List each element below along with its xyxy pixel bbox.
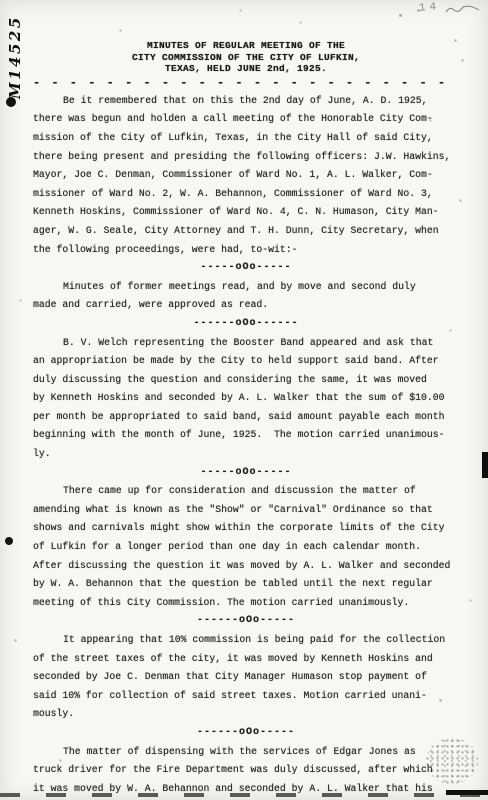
ink-smudge	[426, 738, 478, 784]
paragraph: Be it remembered that on this the 2nd da…	[33, 92, 459, 259]
scan-bottom-edge-marks	[0, 793, 488, 797]
section-separator: -----oOo-----	[33, 259, 459, 278]
paragraph: It appearing that 10% commission is bein…	[33, 631, 459, 724]
hole-punch-dot	[6, 97, 16, 107]
paper-speckles	[0, 0, 1, 1]
title-line-2: CITY COMMISSION OF THE CITY OF LUFKIN,	[33, 52, 459, 64]
paragraph: B. V. Welch representing the Booster Ban…	[33, 334, 459, 464]
margin-archive-code: M14525	[6, 15, 24, 99]
section-separator: -----oOo-----	[33, 464, 459, 483]
title-line-1: MINUTES OF REGULAR MEETING OF THE	[33, 40, 459, 52]
title-line-3: TEXAS, HELD JUNE 2nd, 1925.	[33, 63, 459, 75]
document-body: Be it remembered that on this the 2nd da…	[33, 92, 459, 799]
paragraph: Minutes of former meetings read, and by …	[33, 278, 459, 315]
document-title: MINUTES OF REGULAR MEETING OF THE CITY C…	[33, 40, 459, 75]
hole-punch-dot	[5, 537, 13, 545]
pencil-scribble-icon	[444, 2, 480, 23]
section-separator: ------oOo------	[33, 315, 459, 334]
dashed-rule: - - - - - - - - - - - - - - - - - - - - …	[33, 78, 459, 88]
scan-edge-mark	[482, 452, 488, 478]
paragraph: There came up for consideration and disc…	[33, 482, 459, 612]
scan-bottom-edge-bar	[446, 790, 488, 795]
document-content: MINUTES OF REGULAR MEETING OF THE CITY C…	[33, 40, 459, 798]
section-separator: ------oOo-----	[33, 612, 459, 631]
section-separator: ------oOo-----	[33, 724, 459, 743]
pencil-note: 14	[418, 1, 440, 14]
scanned-minutes-page: M14525 14 MINUTES OF REGULAR MEETING OF …	[0, 0, 488, 800]
paragraph: The matter of dispensing with the servic…	[33, 743, 459, 799]
